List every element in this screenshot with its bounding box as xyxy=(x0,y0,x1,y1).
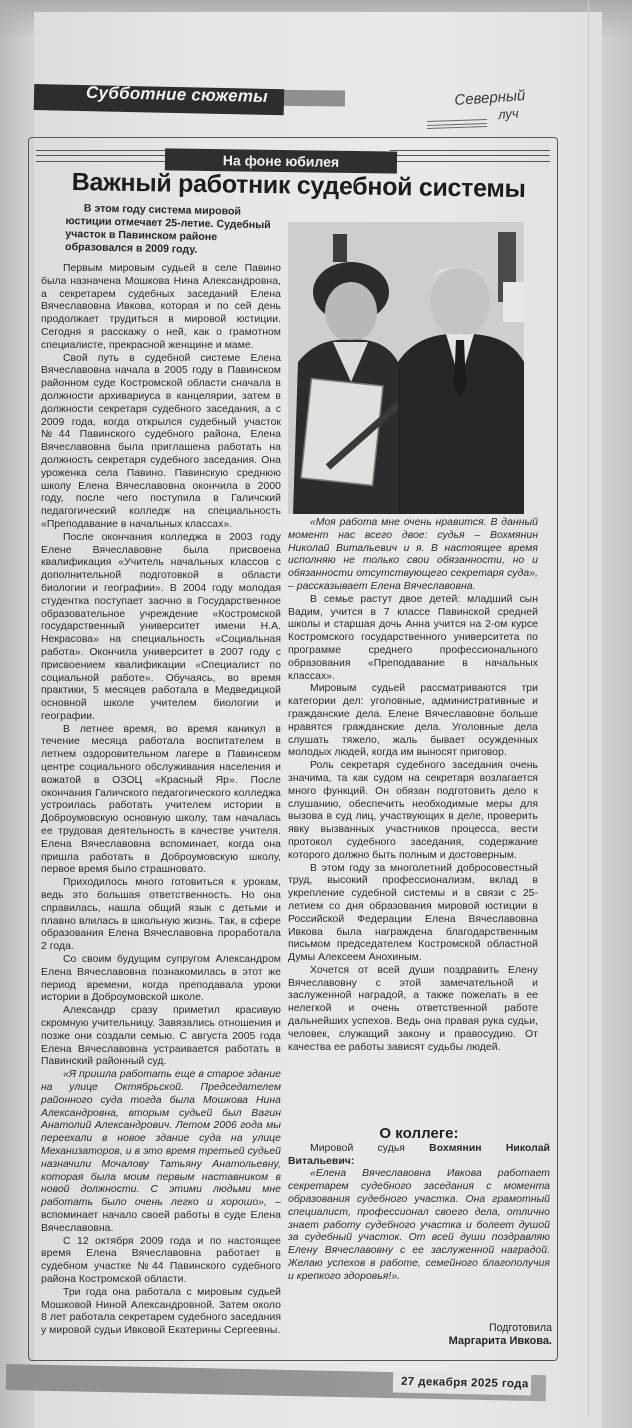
photo-caption: «Моя работа мне очень нравится. В данный… xyxy=(288,517,538,594)
quote-paragraph: «Я пришла работать еще в старое здание н… xyxy=(41,1069,281,1235)
article-paragraph: Александр сразу приметил красивую скромн… xyxy=(41,1005,281,1069)
article-paragraph: Роль секретаря судебного заседания очень… xyxy=(288,760,538,862)
photo-illustration xyxy=(288,222,524,514)
colleague-subhead: О коллеге: xyxy=(288,1128,550,1141)
section-title: Субботние сюжеты xyxy=(86,83,268,107)
article-lead: В этом году система мировой юстиции отме… xyxy=(65,202,278,258)
signoff-label: Подготовила xyxy=(380,1322,552,1335)
article-paragraph: Три года она работала с мировым судьей М… xyxy=(41,1287,281,1338)
colleague-intro: Мировой судья Вохмянин Николай Витальеви… xyxy=(288,1143,550,1169)
article-paragraph: Первым мировым судьей в селе Павино была… xyxy=(41,263,281,353)
article-paragraph: Приходилось много готовиться к урокам, в… xyxy=(41,877,281,954)
article-column-right: «Моя работа мне очень нравится. В данный… xyxy=(288,517,538,1054)
issue-date: 27 декабря 2025 года xyxy=(393,1371,531,1396)
article-paragraph: Со своим будущим супругом Александром Ел… xyxy=(41,954,281,1005)
signoff-author: Маргарита Ивкова. xyxy=(380,1335,552,1348)
colleague-intro-prefix: Мировой судья xyxy=(310,1143,429,1154)
rubric-decor-left xyxy=(36,150,176,162)
article-paragraph: Хочется от всей души поздравить Елену Вя… xyxy=(288,965,538,1055)
colleague-section: О коллеге: Мировой судья Вохмянин Никола… xyxy=(288,1128,550,1284)
article-paragraph: Мировым судьей рассматриваются три катег… xyxy=(288,683,538,760)
article-paragraph: Свой путь в судебной системе Елена Вячес… xyxy=(41,353,281,532)
article-paragraph: С 12 октября 2009 года и по настоящее вр… xyxy=(41,1236,281,1287)
article-column-left: Первым мировым судьей в селе Павино была… xyxy=(41,263,281,1338)
article-signoff: Подготовила Маргарита Ивкова. xyxy=(380,1322,552,1348)
quote-text: «Я пришла работать еще в старое здание н… xyxy=(41,1069,281,1208)
page-fold xyxy=(588,0,589,1416)
article-photo xyxy=(288,222,524,514)
article-paragraph: В семье растут двое детей: младший сын В… xyxy=(288,594,538,684)
article-paragraph: После окончания колледжа в 2003 году Еле… xyxy=(41,532,281,724)
article-paragraph: В этом году за многолетний добросовестны… xyxy=(288,863,538,965)
rubric-decor-right xyxy=(390,150,550,162)
article-paragraph: В летнее время, во время каникул в течен… xyxy=(41,724,281,878)
colleague-quote: «Елена Вячеславовна Ивкова работает секр… xyxy=(288,1168,550,1283)
